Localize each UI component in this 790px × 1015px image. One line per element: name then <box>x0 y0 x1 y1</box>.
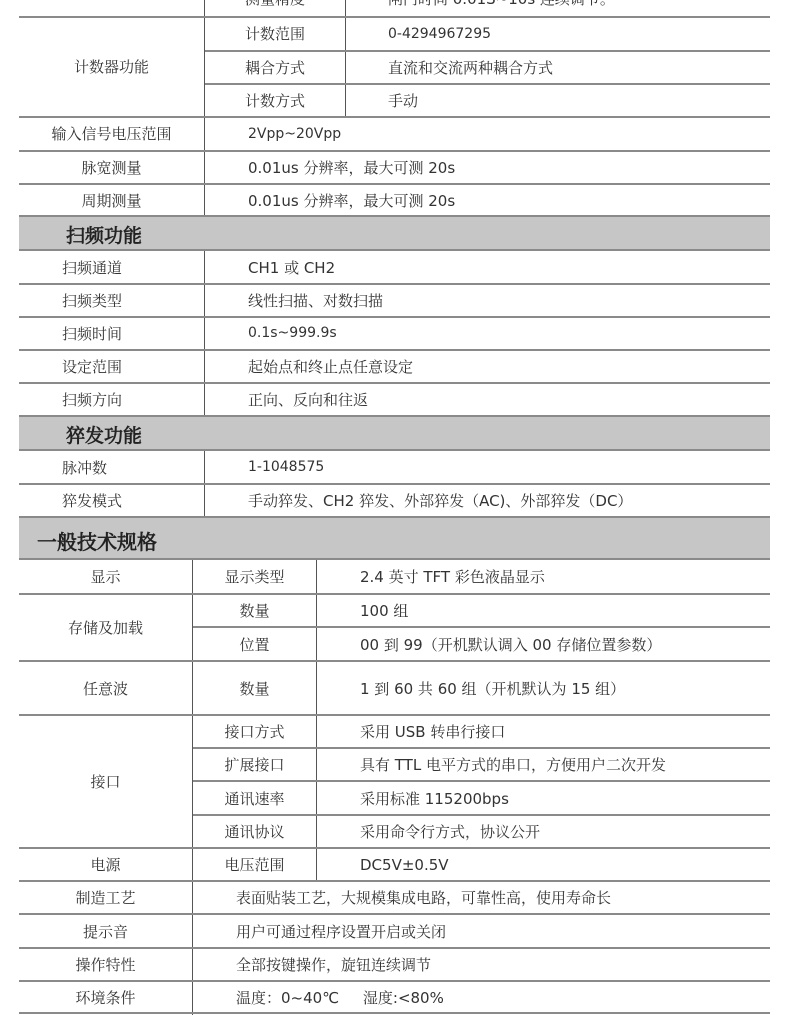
spec-label: 数量 <box>193 662 316 714</box>
group-label: 任意波 <box>19 662 192 714</box>
group-label: 显示 <box>19 560 192 593</box>
spec-label: 通讯速率 <box>193 782 316 814</box>
spec-label: 位置 <box>193 628 316 660</box>
col-divider <box>204 251 205 416</box>
spec-label: 扫频类型 <box>62 284 204 316</box>
spec-label: 耦合方式 <box>205 51 345 83</box>
spec-label: 计数范围 <box>205 17 345 50</box>
spec-value: 起始点和终止点任意设定 <box>248 350 768 382</box>
spec-label: 通讯协议 <box>193 816 316 847</box>
spec-value: CH1 或 CH2 <box>248 251 768 283</box>
spec-label: 输入信号电压范围 <box>19 117 204 150</box>
section-title: 扫频功能 <box>66 221 142 248</box>
spec-value: 1 到 60 共 60 组（开机默认为 15 组） <box>360 662 768 714</box>
spec-value: 2Vpp~20Vpp <box>248 117 768 150</box>
spec-label: 周期测量 <box>19 184 204 216</box>
row-border <box>19 516 770 518</box>
spec-value: 0-4294967295 <box>388 17 768 50</box>
spec-value: 正向、反向和往返 <box>248 383 768 416</box>
spec-value: 温度：0~40℃ 湿度:<80% <box>236 982 768 1013</box>
spec-value: 手动猝发、CH2 猝发、外部猝发（AC)、外部猝发（DC） <box>248 484 768 517</box>
spec-value: 100 组 <box>360 595 768 626</box>
section-title: 猝发功能 <box>66 421 142 448</box>
spec-label: 测量精度 <box>205 0 345 15</box>
spec-value: 0.1s~999.9s <box>248 317 768 349</box>
row-border <box>19 415 770 417</box>
col-divider <box>316 560 317 880</box>
spec-value: 2.4 英寸 TFT 彩色液晶显示 <box>360 560 768 593</box>
spec-label: 扫频方向 <box>62 383 204 416</box>
spec-value: 00 到 99（开机默认调入 00 存储位置参数） <box>360 628 768 660</box>
row-border <box>19 215 770 217</box>
section-title: 一般技术规格 <box>37 526 157 555</box>
spec-value: 线性扫描、对数扫描 <box>248 284 768 316</box>
spec-value: 具有 TTL 电平方式的串口，方便用户二次开发 <box>360 749 768 780</box>
spec-value: 用户可通过程序设置开启或关闭 <box>236 915 768 947</box>
spec-label: 扫频通道 <box>62 251 204 283</box>
spec-label: 猝发模式 <box>62 484 204 517</box>
spec-value: 1-1048575 <box>248 451 768 483</box>
spec-label: 脉冲数 <box>62 451 204 483</box>
spec-value: 采用命令行方式，协议公开 <box>360 816 768 847</box>
spec-label: 扫频时间 <box>62 317 204 349</box>
counter-group-label: 计数器功能 <box>19 17 204 116</box>
group-label: 电源 <box>19 849 192 880</box>
spec-label: 脉宽测量 <box>19 151 204 183</box>
spec-value: 闸门时间 0.01S~10s 连续调节。 <box>388 0 768 15</box>
spec-label: 操作特性 <box>19 949 192 980</box>
spec-value: 全部按键操作，旋钮连续调节 <box>236 949 768 980</box>
spec-label: 计数方式 <box>205 84 345 116</box>
spec-label: 提示音 <box>19 915 192 947</box>
spec-value: 0.01us 分辨率，最大可测 20s <box>248 151 768 183</box>
spec-value: 表面贴装工艺，大规模集成电路，可靠性高，使用寿命长 <box>236 882 768 913</box>
spec-value: 0.01us 分辨率，最大可测 20s <box>248 184 768 216</box>
spec-label: 扩展接口 <box>193 749 316 780</box>
spec-label: 制造工艺 <box>19 882 192 913</box>
spec-value: 采用 USB 转串行接口 <box>360 716 768 747</box>
group-label: 接口 <box>19 716 192 847</box>
spec-label: 环境条件 <box>19 982 192 1013</box>
spec-value: 采用标准 115200bps <box>360 782 768 814</box>
spec-label: 电压范围 <box>193 849 316 880</box>
spec-label: 显示类型 <box>193 560 316 593</box>
spec-value: 直流和交流两种耦合方式 <box>388 51 768 83</box>
spec-value: 手动 <box>388 84 768 116</box>
row-border <box>19 1012 770 1014</box>
spec-label: 设定范围 <box>62 350 204 382</box>
spec-label: 数量 <box>193 595 316 626</box>
spec-value: DC5V±0.5V <box>360 849 768 880</box>
group-label: 存储及加载 <box>19 595 192 660</box>
spec-label: 接口方式 <box>193 716 316 747</box>
